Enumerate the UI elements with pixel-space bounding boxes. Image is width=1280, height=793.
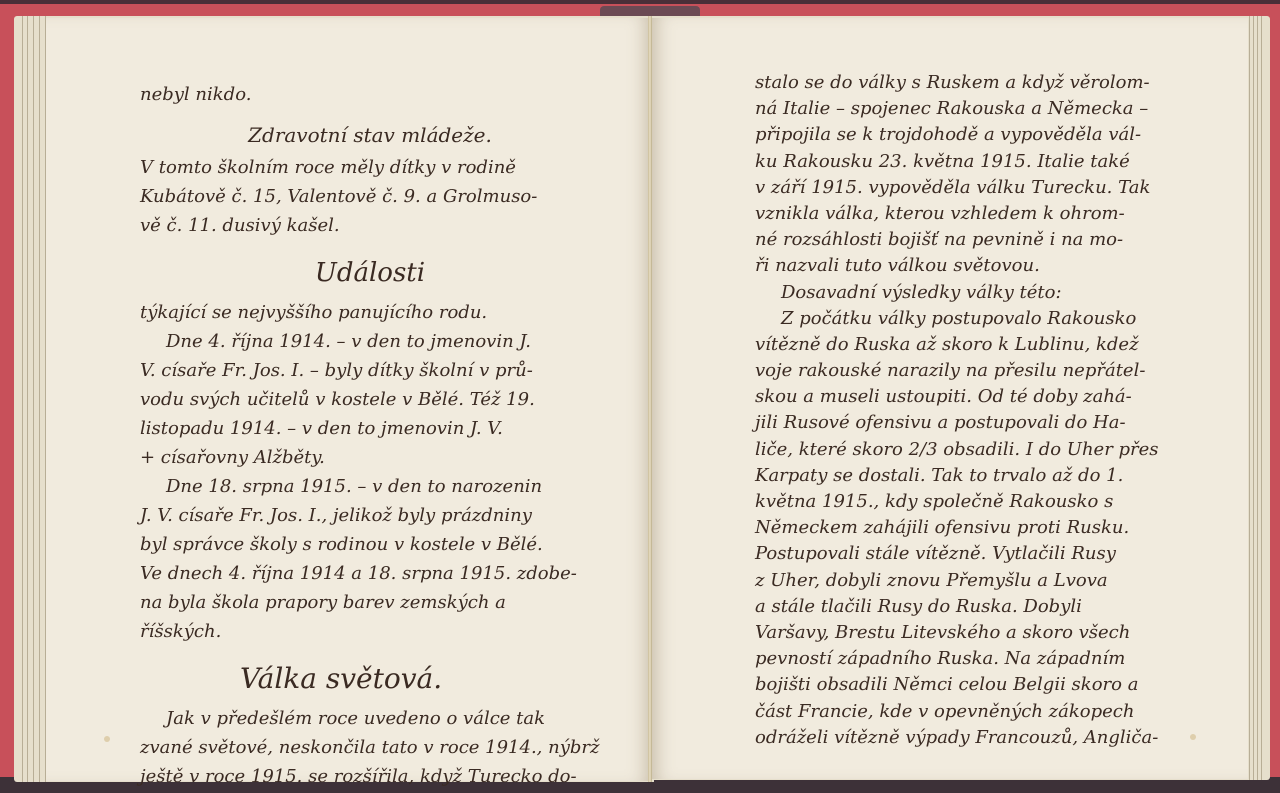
section-heading-world-war: Válka světová. [140,646,600,704]
text-line: ještě v roce 1915. se rozšířila, když Tu… [140,762,600,791]
text-line: stalo se do války s Ruskem a když věrolo… [755,70,1195,96]
text-line: Německem zahájili ofensivu proti Rusku. [755,515,1195,541]
text-line: Kubátově č. 15, Valentově č. 9. a Grolmu… [140,182,600,211]
text-line: voje rakouské narazily na přesilu nepřát… [755,358,1195,384]
right-page-text: stalo se do války s Ruskem a když věrolo… [755,70,1195,751]
text-line: + císařovny Alžběty. [140,443,600,472]
text-line: liče, které skoro 2/3 obsadili. I do Uhe… [755,437,1195,463]
text-line: připojila se k trojdohodě a vypověděla v… [755,122,1195,148]
text-line: skou a museli ustoupiti. Od té doby zahá… [755,384,1195,410]
book-gutter [648,16,652,782]
text-line: vodu svých učitelů v kostele v Bělé. Též… [140,385,600,414]
text-line: na byla škola prapory barev zemských a [140,588,600,617]
text-line: ku Rakousku 23. května 1915. Italie také [755,149,1195,175]
text-line: Dne 18. srpna 1915. – v den to narozenin [140,472,600,501]
text-line: vítězně do Ruska až skoro k Lublinu, kde… [755,332,1195,358]
text-line: týkající se nejvyššího panujícího rodu. [140,298,600,327]
text-line: Postupovali stále vítězně. Vytlačili Rus… [755,541,1195,567]
text-line: května 1915., kdy společně Rakousko s [755,489,1195,515]
text-line: Dosavadní výsledky války této: [755,280,1195,306]
text-line: říšských. [140,617,600,646]
text-line: vě č. 11. dusivý kašel. [140,211,600,240]
text-line: vznikla válka, kterou vzhledem k ohrom- [755,201,1195,227]
text-line: z Uher, dobyli znovu Přemyšlu a Lvova [755,568,1195,594]
text-line: v září 1915. vypověděla válku Turecku. T… [755,175,1195,201]
text-line: J. V. císaře Fr. Jos. I., jelikož byly p… [140,501,600,530]
text-line: a stále tlačili Rusy do Ruska. Dobyli [755,594,1195,620]
paper-stain [104,736,110,742]
section-heading-health: Zdravotní stav mládeže. [140,109,600,153]
section-heading-events: Události [140,240,600,298]
text-line: odráželi vítězně výpady Francouzů, Angli… [755,725,1195,751]
text-line: listopadu 1914. – v den to jmenovin J. V… [140,414,600,443]
left-page-text: nebyl nikdo. Zdravotní stav mládeže. V t… [140,80,600,791]
text-line: Varšavy, Brestu Litevského a skoro všech [755,620,1195,646]
text-line: Dne 4. října 1914. – v den to jmenovin J… [140,327,600,356]
text-line: V. císaře Fr. Jos. I. – byly dítky školn… [140,356,600,385]
text-line: Z počátku války postupovalo Rakousko [755,306,1195,332]
text-line: né rozsáhlosti bojišť na pevnině i na mo… [755,227,1195,253]
text-line: ři nazvali tuto válkou světovou. [755,253,1195,279]
text-line: Jak v předešlém roce uvedeno o válce tak [140,704,600,733]
text-line: část Francie, kde v opevněných zákopech [755,699,1195,725]
text-line: zvané světové, neskončila tato v roce 19… [140,733,600,762]
text-line: pevností západního Ruska. Na západním [755,646,1195,672]
intro-line: nebyl nikdo. [140,80,600,109]
text-line: byl správce školy s rodinou v kostele v … [140,530,600,559]
text-line: bojišti obsadili Němci celou Belgii skor… [755,672,1195,698]
text-line: Ve dnech 4. října 1914 a 18. srpna 1915.… [140,559,600,588]
text-line: V tomto školním roce měly dítky v rodině [140,153,600,182]
text-line: jili Rusové ofensivu a postupovali do Ha… [755,410,1195,436]
text-line: Karpaty se dostali. Tak to trvalo až do … [755,463,1195,489]
text-line: ná Italie – spojenec Rakouska a Německa … [755,96,1195,122]
